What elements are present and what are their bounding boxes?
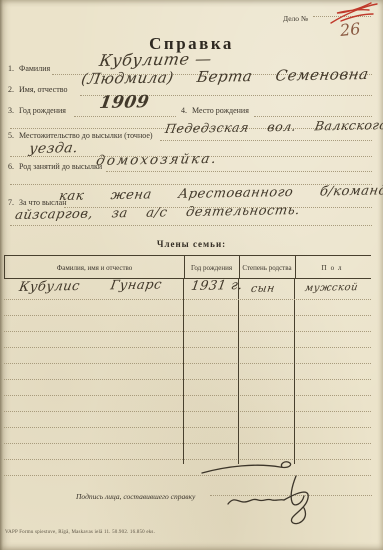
field-2-handwriting: (Людмила) Берта Семеновна (80, 65, 370, 88)
field-2-caption: Имя, отчество (19, 85, 67, 94)
field-6-caption: Род занятий до высылки (19, 162, 102, 171)
field-3-number: 3. (8, 106, 14, 116)
field-6-line (106, 170, 372, 172)
field-2-label: 2.Имя, отчество (8, 85, 67, 95)
field-1-label: 1.Фамилия (8, 64, 50, 74)
family-member-relation: сын (250, 282, 276, 295)
table-empty-row (4, 412, 371, 428)
table-empty-row (4, 396, 371, 412)
field-2-number: 2. (8, 85, 14, 95)
header-divider-1 (184, 256, 185, 279)
table-empty-row (4, 332, 371, 348)
document-page: Дело № 26 Справка 1.Фамилия Кубулите — 2… (0, 0, 383, 550)
column-header-name: Фамилия, имя и отчество (5, 256, 184, 280)
header-divider-3 (295, 256, 296, 279)
field-3-caption: Год рождения (19, 106, 66, 115)
field-5-handwriting: Педедзская вол. Валкского (164, 117, 383, 136)
field-3-handwriting: 1909 (98, 92, 151, 113)
field-6-handwriting: домохозяйка. (95, 151, 219, 169)
field-1-handwriting: Кубулите — (98, 49, 213, 70)
field-1-caption: Фамилия (19, 64, 50, 73)
table-empty-row (4, 364, 371, 380)
signature-label: Подпись лица, составившего справку (76, 492, 195, 501)
column-header-birth-year: Год рождения (184, 256, 239, 280)
scan-edge-shadow (0, 0, 3, 550)
family-section-title: Члены семьи: (0, 239, 383, 249)
field-7-handwriting: как жена Арестованного б/командира (58, 183, 383, 204)
family-table-row: Кубулис Гунарс 1931 г. сын мужской (4, 279, 371, 300)
field-5-number: 5. (8, 131, 14, 141)
field-4-caption: Место рождения (192, 106, 249, 115)
field-3-line (74, 115, 176, 117)
family-table: Фамилия, имя и отчество Год рождения Сте… (4, 255, 371, 464)
family-member-birth-year: 1931 г. (190, 278, 244, 294)
family-member-sex: мужской (304, 282, 359, 294)
field-1-number: 1. (8, 64, 14, 74)
column-header-sex: Пол (295, 256, 372, 280)
table-empty-row (4, 348, 371, 364)
table-empty-row (4, 316, 371, 332)
table-empty-row (4, 380, 371, 396)
field-6-label: 6.Род занятий до высылки (8, 162, 102, 172)
case-label: Дело № (283, 14, 308, 23)
body-divider-1 (183, 279, 184, 464)
printer-imprint: VAPP Formu spiestuve, Rīgā, Maskavas iel… (5, 530, 155, 535)
table-empty-row (4, 428, 371, 444)
field-7-continuation-line (10, 224, 372, 226)
field-5-line (160, 139, 372, 141)
field-4-line (254, 115, 372, 117)
family-table-header: Фамилия, имя и отчество Год рождения Сте… (4, 255, 371, 279)
header-divider-2 (239, 256, 240, 279)
family-table-body: Кубулис Гунарс 1931 г. сын мужской (4, 279, 371, 464)
field-3-label: 3.Год рождения (8, 106, 66, 116)
body-divider-2 (238, 279, 239, 464)
field-7-number: 7. (8, 198, 14, 208)
field-5-caption: Местожительство до высылки (точное) (19, 131, 153, 140)
field-4-number: 4. (181, 106, 187, 116)
table-empty-row (4, 300, 371, 316)
field-5-label: 5.Местожительство до высылки (точное) (8, 131, 153, 141)
family-member-name: Кубулис Гунарс (18, 278, 163, 295)
body-divider-3 (294, 279, 295, 464)
field-6-number: 6. (8, 162, 14, 172)
column-header-relation: Степень родства (239, 256, 295, 280)
signature-icon (192, 452, 332, 530)
field-4-label: 4.Место рождения (181, 106, 249, 116)
